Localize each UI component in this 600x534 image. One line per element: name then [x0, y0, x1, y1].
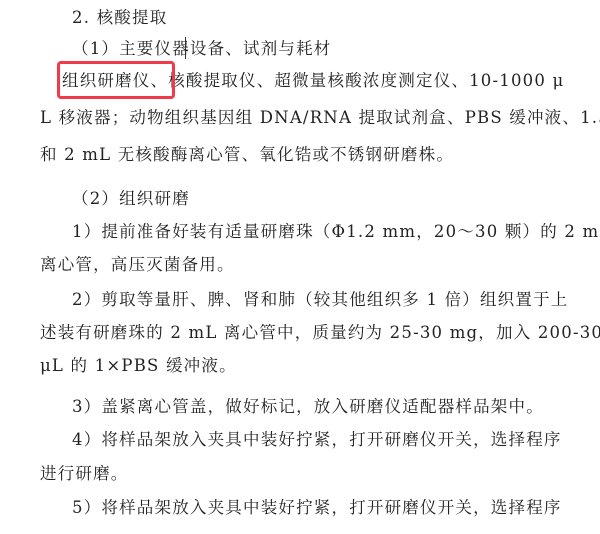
subsection-2-heading: （2）组织研磨 [72, 188, 190, 210]
highlight-box [57, 61, 175, 99]
step-2-line-2: 述装有研磨珠的 2 mL 离心管中，质量约为 25-30 mg，加入 200-3… [40, 322, 600, 344]
materials-line-2: L 移液器；动物组织基因组 DNA/RNA 提取试剂盒、PBS 缓冲液、1.5 … [40, 107, 600, 129]
step-2-line-3: μL 的 1×PBS 缓冲液。 [40, 355, 237, 377]
text-cursor [185, 37, 186, 59]
materials-line-3: 和 2 mL 无核酸酶离心管、氧化锆或不锈钢研磨株。 [40, 144, 454, 166]
step-3-line-1: 3）盖紧离心管盖，做好标记，放入研磨仪适配器样品架中。 [72, 396, 544, 418]
subsection-1-heading: （1）主要仪器设备、试剂与耗材 [72, 38, 332, 60]
step-4-line-1: 4）将样品架放入夹具中装好拧紧，打开研磨仪开关，选择程序 [72, 429, 562, 451]
step-4-line-2: 进行研磨。 [40, 463, 129, 485]
step-2-line-1: 2）剪取等量肝、脾、肾和肺（较其他组织多 1 倍）组织置于上 [72, 289, 569, 311]
step-1-line-1: 1）提前准备好装有适量研磨珠（Φ1.2 mm，20～30 颗）的 2 mL [72, 221, 600, 243]
step-5-line-1: 5）将样品架放入夹具中装好拧紧，打开研磨仪开关，选择程序 [72, 497, 562, 519]
step-1-line-2: 离心管，高压灭菌备用。 [40, 254, 235, 276]
section-title: 2. 核酸提取 [72, 7, 167, 29]
